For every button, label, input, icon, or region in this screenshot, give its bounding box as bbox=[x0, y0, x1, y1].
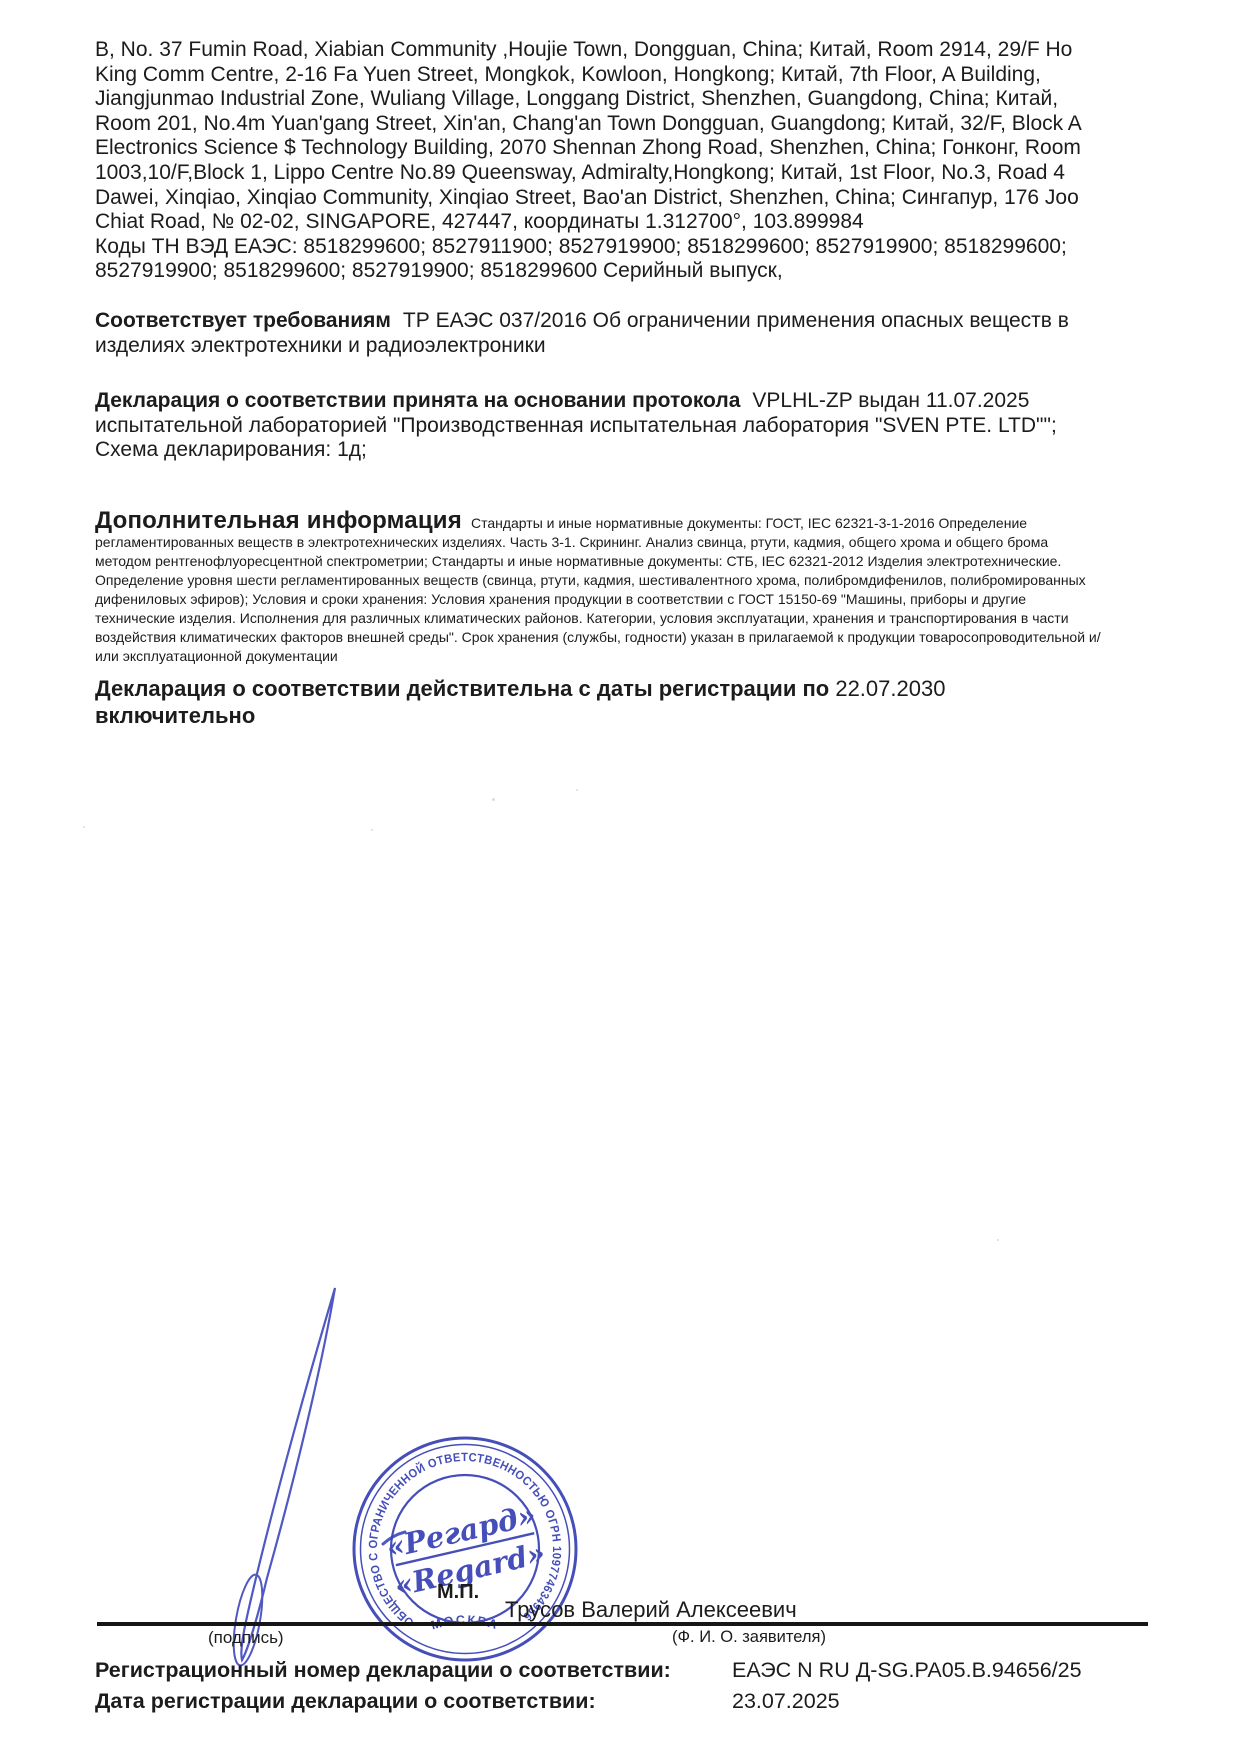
tnved-codes-text: Коды ТН ВЭД ЕАЭС: 8518299600; 8527911900… bbox=[95, 235, 1107, 284]
signature-line bbox=[97, 1622, 1148, 1626]
addresses-and-codes-section: B, No. 37 Fumin Road, Xiabian Community … bbox=[95, 38, 1107, 284]
company-seal-stamp: ОБЩЕСТВО С ОГРАНИЧЕННОЙ ОТВЕТСТВЕННОСТЬЮ… bbox=[350, 1434, 580, 1664]
declaration-document-page: B, No. 37 Fumin Road, Xiabian Community … bbox=[0, 0, 1240, 1754]
scan-speck bbox=[997, 1239, 999, 1241]
declaration-scheme-text: Схема декларирования: 1д; bbox=[95, 438, 1107, 463]
manufacturing-addresses-text: B, No. 37 Fumin Road, Xiabian Community … bbox=[95, 38, 1107, 235]
basis-label: Декларация о соответствии принята на осн… bbox=[95, 389, 740, 412]
registration-date-value: 23.07.2025 bbox=[732, 1689, 840, 1714]
applicant-fio-caption: (Ф. И. О. заявителя) bbox=[672, 1628, 826, 1647]
validity-end-date: 22.07.2030 bbox=[835, 676, 945, 701]
additional-info-label: Дополнительная информация bbox=[95, 507, 462, 534]
conformity-requirements-section: Соответствует требованиямТР ЕАЭС 037/201… bbox=[95, 309, 1107, 358]
seal-place-mark: М.П. bbox=[437, 1581, 479, 1604]
applicant-name: Трусов Валерий Алексеевич bbox=[505, 1597, 797, 1623]
scan-speck bbox=[492, 798, 495, 801]
declaration-basis-section: Декларация о соответствии принята на осн… bbox=[95, 389, 1107, 463]
conformity-label: Соответствует требованиям bbox=[95, 309, 391, 332]
registration-date-label: Дата регистрации декларации о соответств… bbox=[95, 1689, 596, 1714]
signature-caption: (подпись) bbox=[208, 1628, 284, 1648]
scan-speck bbox=[83, 826, 85, 828]
additional-info-text: Стандарты и иные нормативные документы: … bbox=[95, 515, 1101, 664]
registration-number-label: Регистрационный номер декларации о соотв… bbox=[95, 1658, 671, 1683]
scan-speck bbox=[576, 789, 578, 791]
validity-suffix: включительно bbox=[95, 703, 255, 728]
validity-label: Декларация о соответствии действительна … bbox=[95, 676, 829, 701]
scan-speck bbox=[371, 829, 373, 831]
registration-number-value: ЕАЭС N RU Д-SG.РА05.В.94656/25 bbox=[732, 1658, 1082, 1683]
validity-section: Декларация о соответствии действительна … bbox=[95, 676, 1107, 729]
additional-information-section: Дополнительная информацияСтандарты и ины… bbox=[95, 512, 1107, 665]
